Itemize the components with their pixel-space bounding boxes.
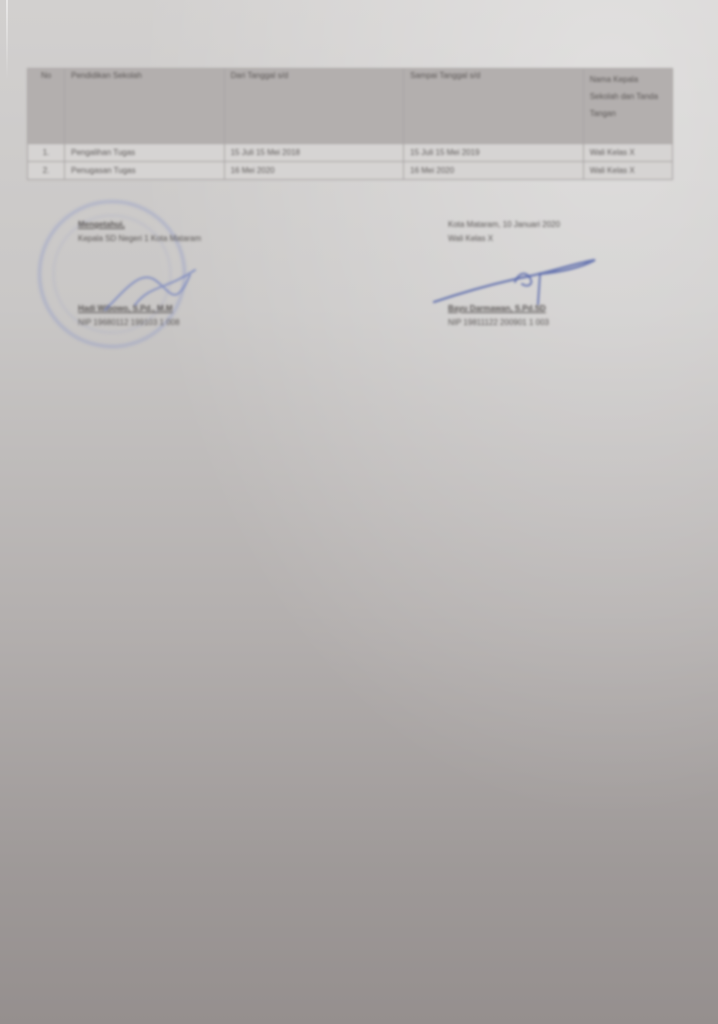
row-education: Pengalihan Tugas xyxy=(65,144,224,162)
signature-right-icon xyxy=(430,252,600,312)
table-row: 2. Penugasan Tugas 16 Mei 2020 16 Mei 20… xyxy=(28,162,673,180)
header-no: No xyxy=(28,69,65,144)
header-signature: Nama Kepala Sekolah dan Tanda Tangan xyxy=(583,69,672,144)
signer-id: NIP 19811122 200901 1 003 xyxy=(448,316,560,330)
row-to-date: 16 Mei 2020 xyxy=(404,162,584,180)
signer-role: Wali Kelas X xyxy=(448,232,560,246)
principal-role: Kepala SD Negeri 1 Kota Mataram xyxy=(78,232,201,246)
row-signature: Wali Kelas X xyxy=(583,162,672,180)
row-from-date: 16 Mei 2020 xyxy=(224,162,404,180)
row-signature: Wali Kelas X xyxy=(583,144,672,162)
header-education: Pendidikan Sekolah xyxy=(65,69,224,144)
row-from-date: 15 Juli 15 Mei 2018 xyxy=(224,144,404,162)
signature-left-icon xyxy=(95,250,205,320)
paper-edge xyxy=(6,0,8,80)
table-row: 1. Pengalihan Tugas 15 Juli 15 Mei 2018 … xyxy=(28,144,673,162)
row-education: Penugasan Tugas xyxy=(65,162,224,180)
education-history-table: No Pendidikan Sekolah Dari Tanggal s/d S… xyxy=(27,68,673,180)
table-header-row: No Pendidikan Sekolah Dari Tanggal s/d S… xyxy=(28,69,673,144)
row-to-date: 15 Juli 15 Mei 2019 xyxy=(404,144,584,162)
header-to-date: Sampai Tanggal s/d xyxy=(404,69,584,144)
acknowledgement-heading: Mengetahui, xyxy=(78,218,201,232)
place-date: Kota Mataram, 10 Januari 2020 xyxy=(448,218,560,232)
row-number: 1. xyxy=(28,144,65,162)
header-from-date: Dari Tanggal s/d xyxy=(224,69,404,144)
row-number: 2. xyxy=(28,162,65,180)
